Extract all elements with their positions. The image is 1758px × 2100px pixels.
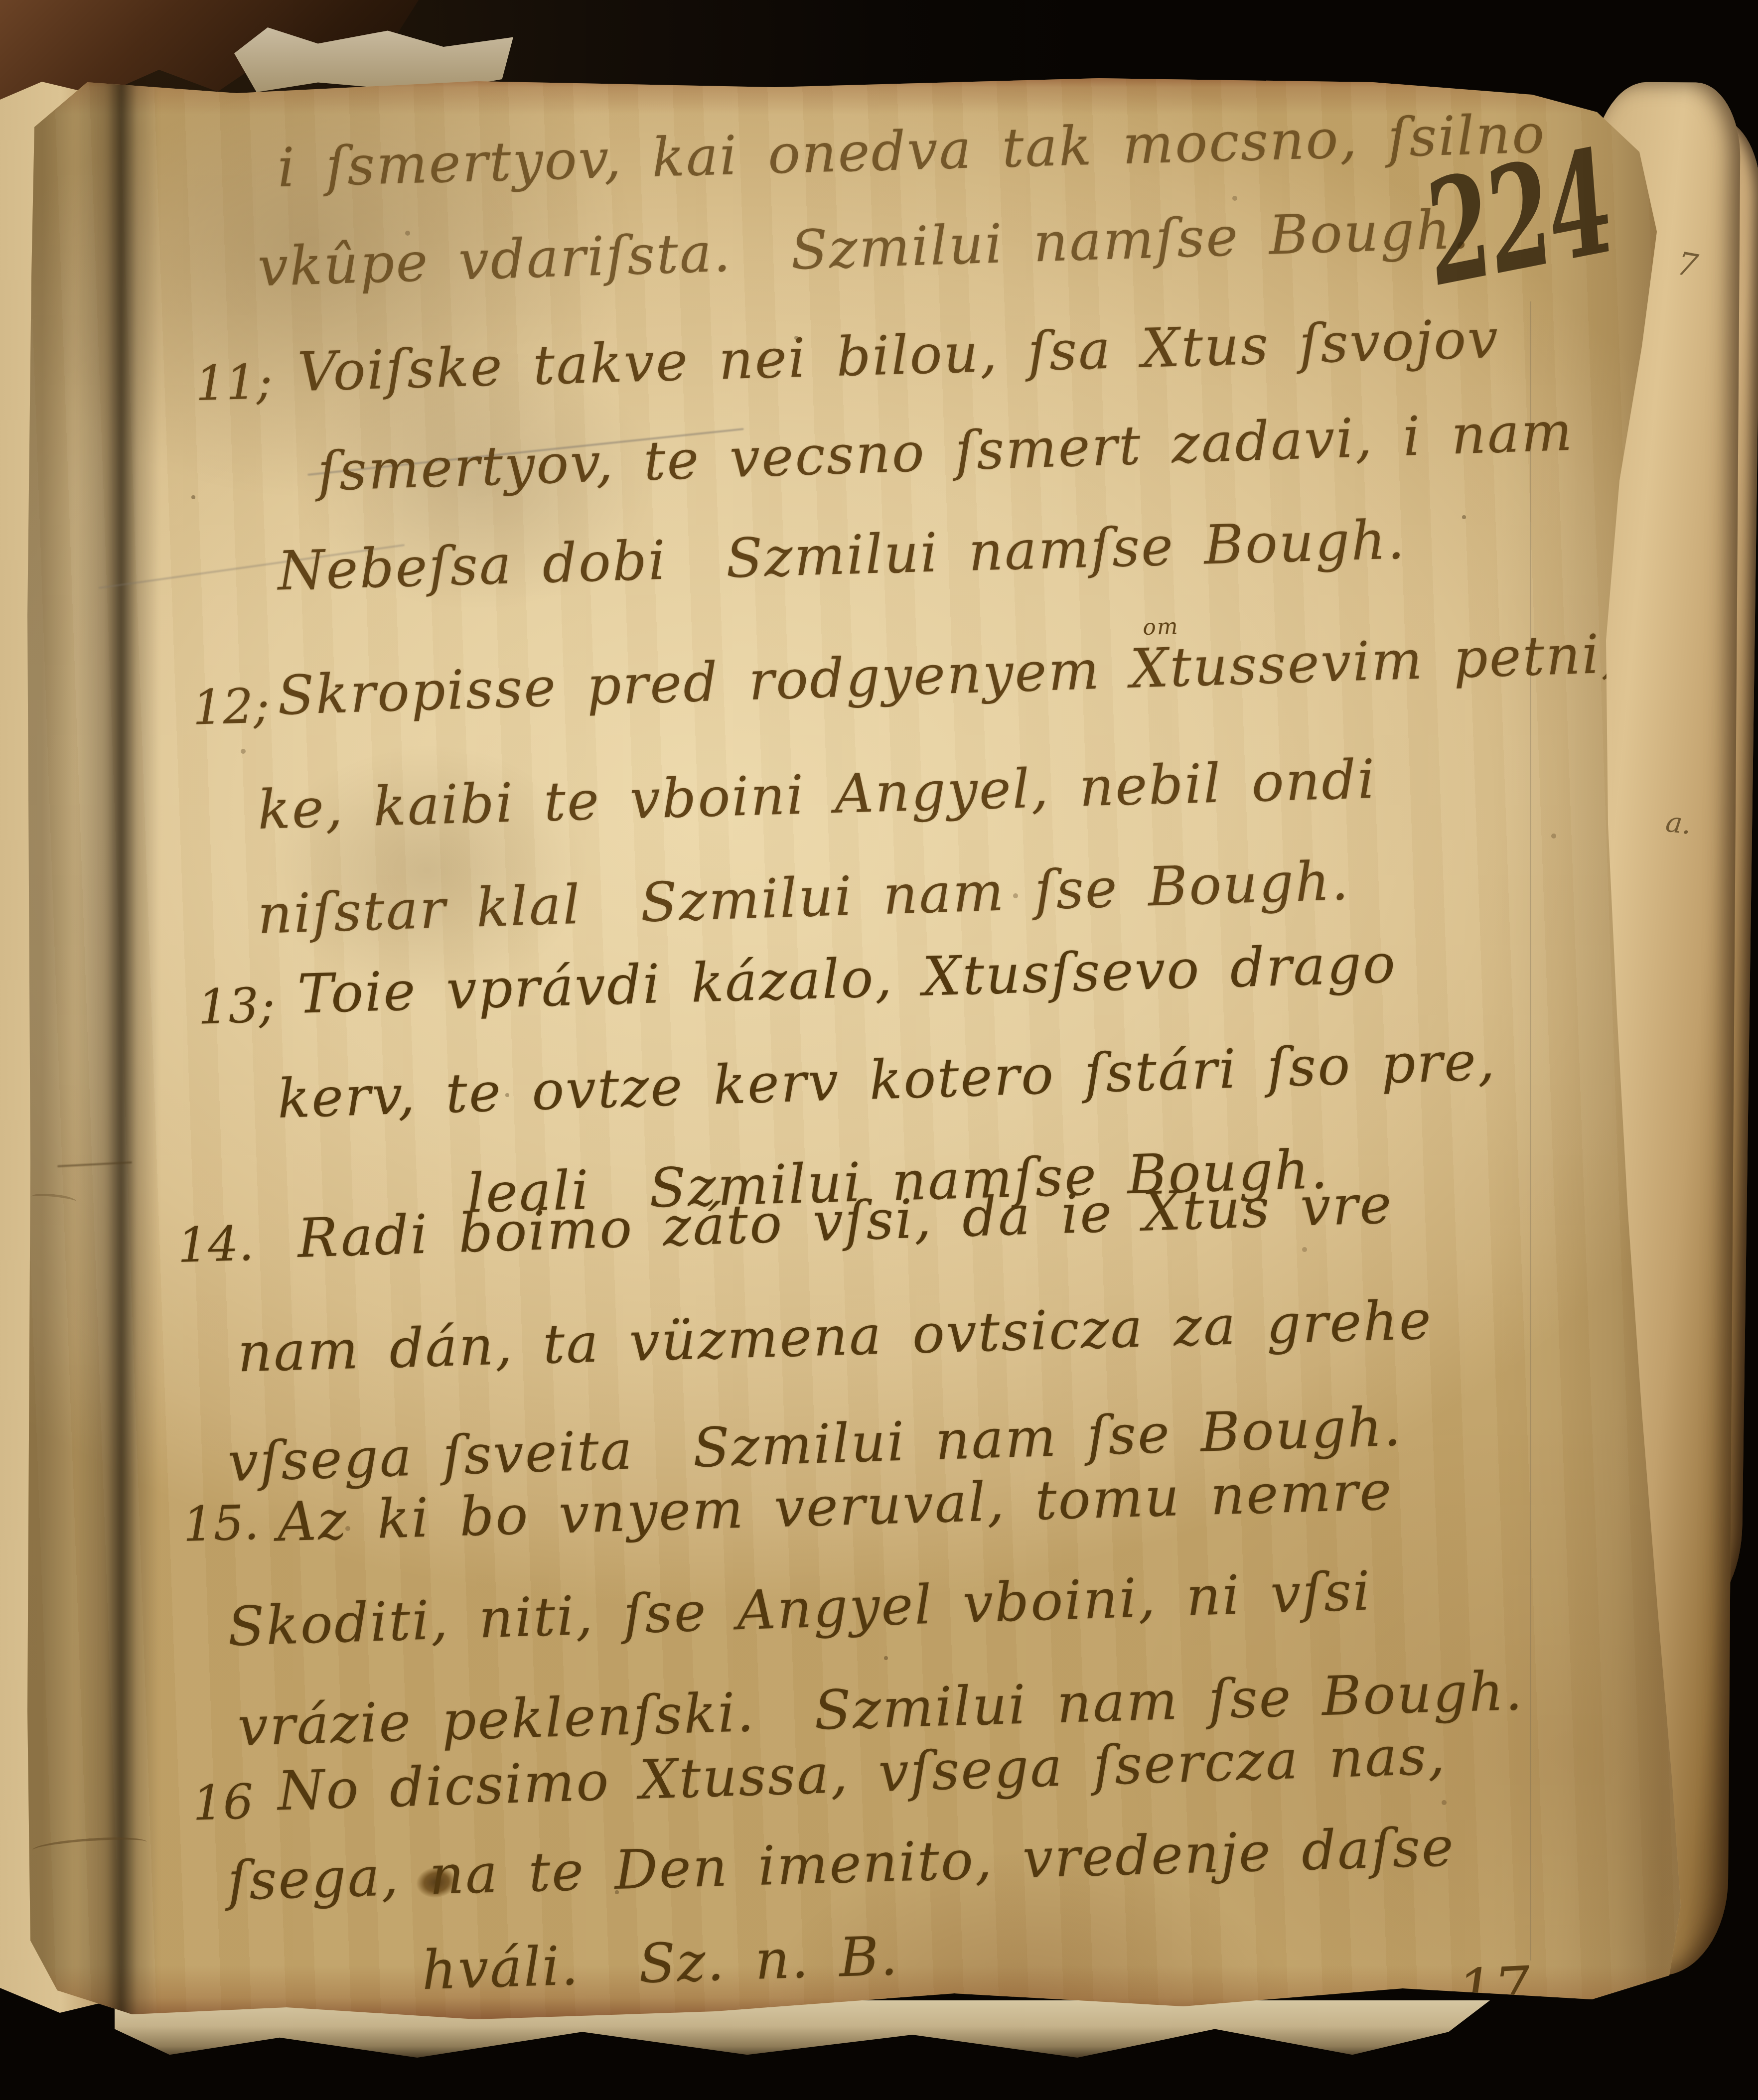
- text-line: ſsmertyov, te vecsno ſsmert zadavi, i na…: [317, 401, 1575, 503]
- verse-number: 16: [192, 1774, 254, 1831]
- text-line: Skropisse pred rodgyenyem Xtussevim petn…: [277, 623, 1620, 727]
- text-line: i ſsmertyov, kai onedva tak mocsno, ſsil…: [277, 103, 1546, 199]
- handwriting-block: i ſsmertyov, kai onedva tak mocsno, ſsil…: [27, 18, 1749, 2024]
- text-line: vkûpe vdariſsta. Szmilui namſse Bough.: [257, 198, 1471, 298]
- verse-number: 11;: [194, 354, 273, 412]
- text-line: ke, kaibi te vboini Angyel, nebil ondi: [257, 748, 1377, 841]
- superscript-abbreviation: om: [1143, 614, 1179, 640]
- manuscript-page: i ſsmertyov, kai onedva tak mocsno, ſsil…: [27, 67, 1692, 2025]
- verse-number: 15.: [182, 1495, 260, 1552]
- text-line: kerv, te ovtze kerv kotero ſstári ſso pr…: [277, 1030, 1497, 1130]
- text-line: Skoditi, niti, ſse Angyel vboini, ni vſs…: [227, 1560, 1372, 1658]
- text-line: ſsega, na te Den imenito, vredenje daſse: [227, 1816, 1456, 1913]
- page-number: 224: [1423, 129, 1613, 307]
- text-line: Voiſske takve nei bilou, ſsa Xtus ſsvojo…: [297, 308, 1500, 404]
- edge-ink-mark: a.: [1664, 806, 1693, 841]
- text-line: nam dán, ta vüzmena ovtsicza za grehe: [237, 1289, 1433, 1385]
- text-line: niſstar klal Szmilui nam ſse Bough.: [257, 850, 1351, 946]
- book-photograph: 7 a. i ſsmertyov, kai onedva tak mocsno,…: [0, 0, 1758, 2100]
- edge-ink-mark: 7: [1674, 245, 1700, 285]
- verse-number: 14.: [177, 1216, 255, 1273]
- verse-number: 12;: [192, 678, 271, 736]
- text-line: Toie vprávdi kázalo, Xtusſsevo drago: [297, 933, 1398, 1026]
- verse-number: 13;: [197, 977, 276, 1035]
- text-line: Nebeſsa dobi Szmilui namſse Bough.: [277, 509, 1406, 602]
- text-line: hváli. Sz. n. B.: [421, 1925, 900, 2002]
